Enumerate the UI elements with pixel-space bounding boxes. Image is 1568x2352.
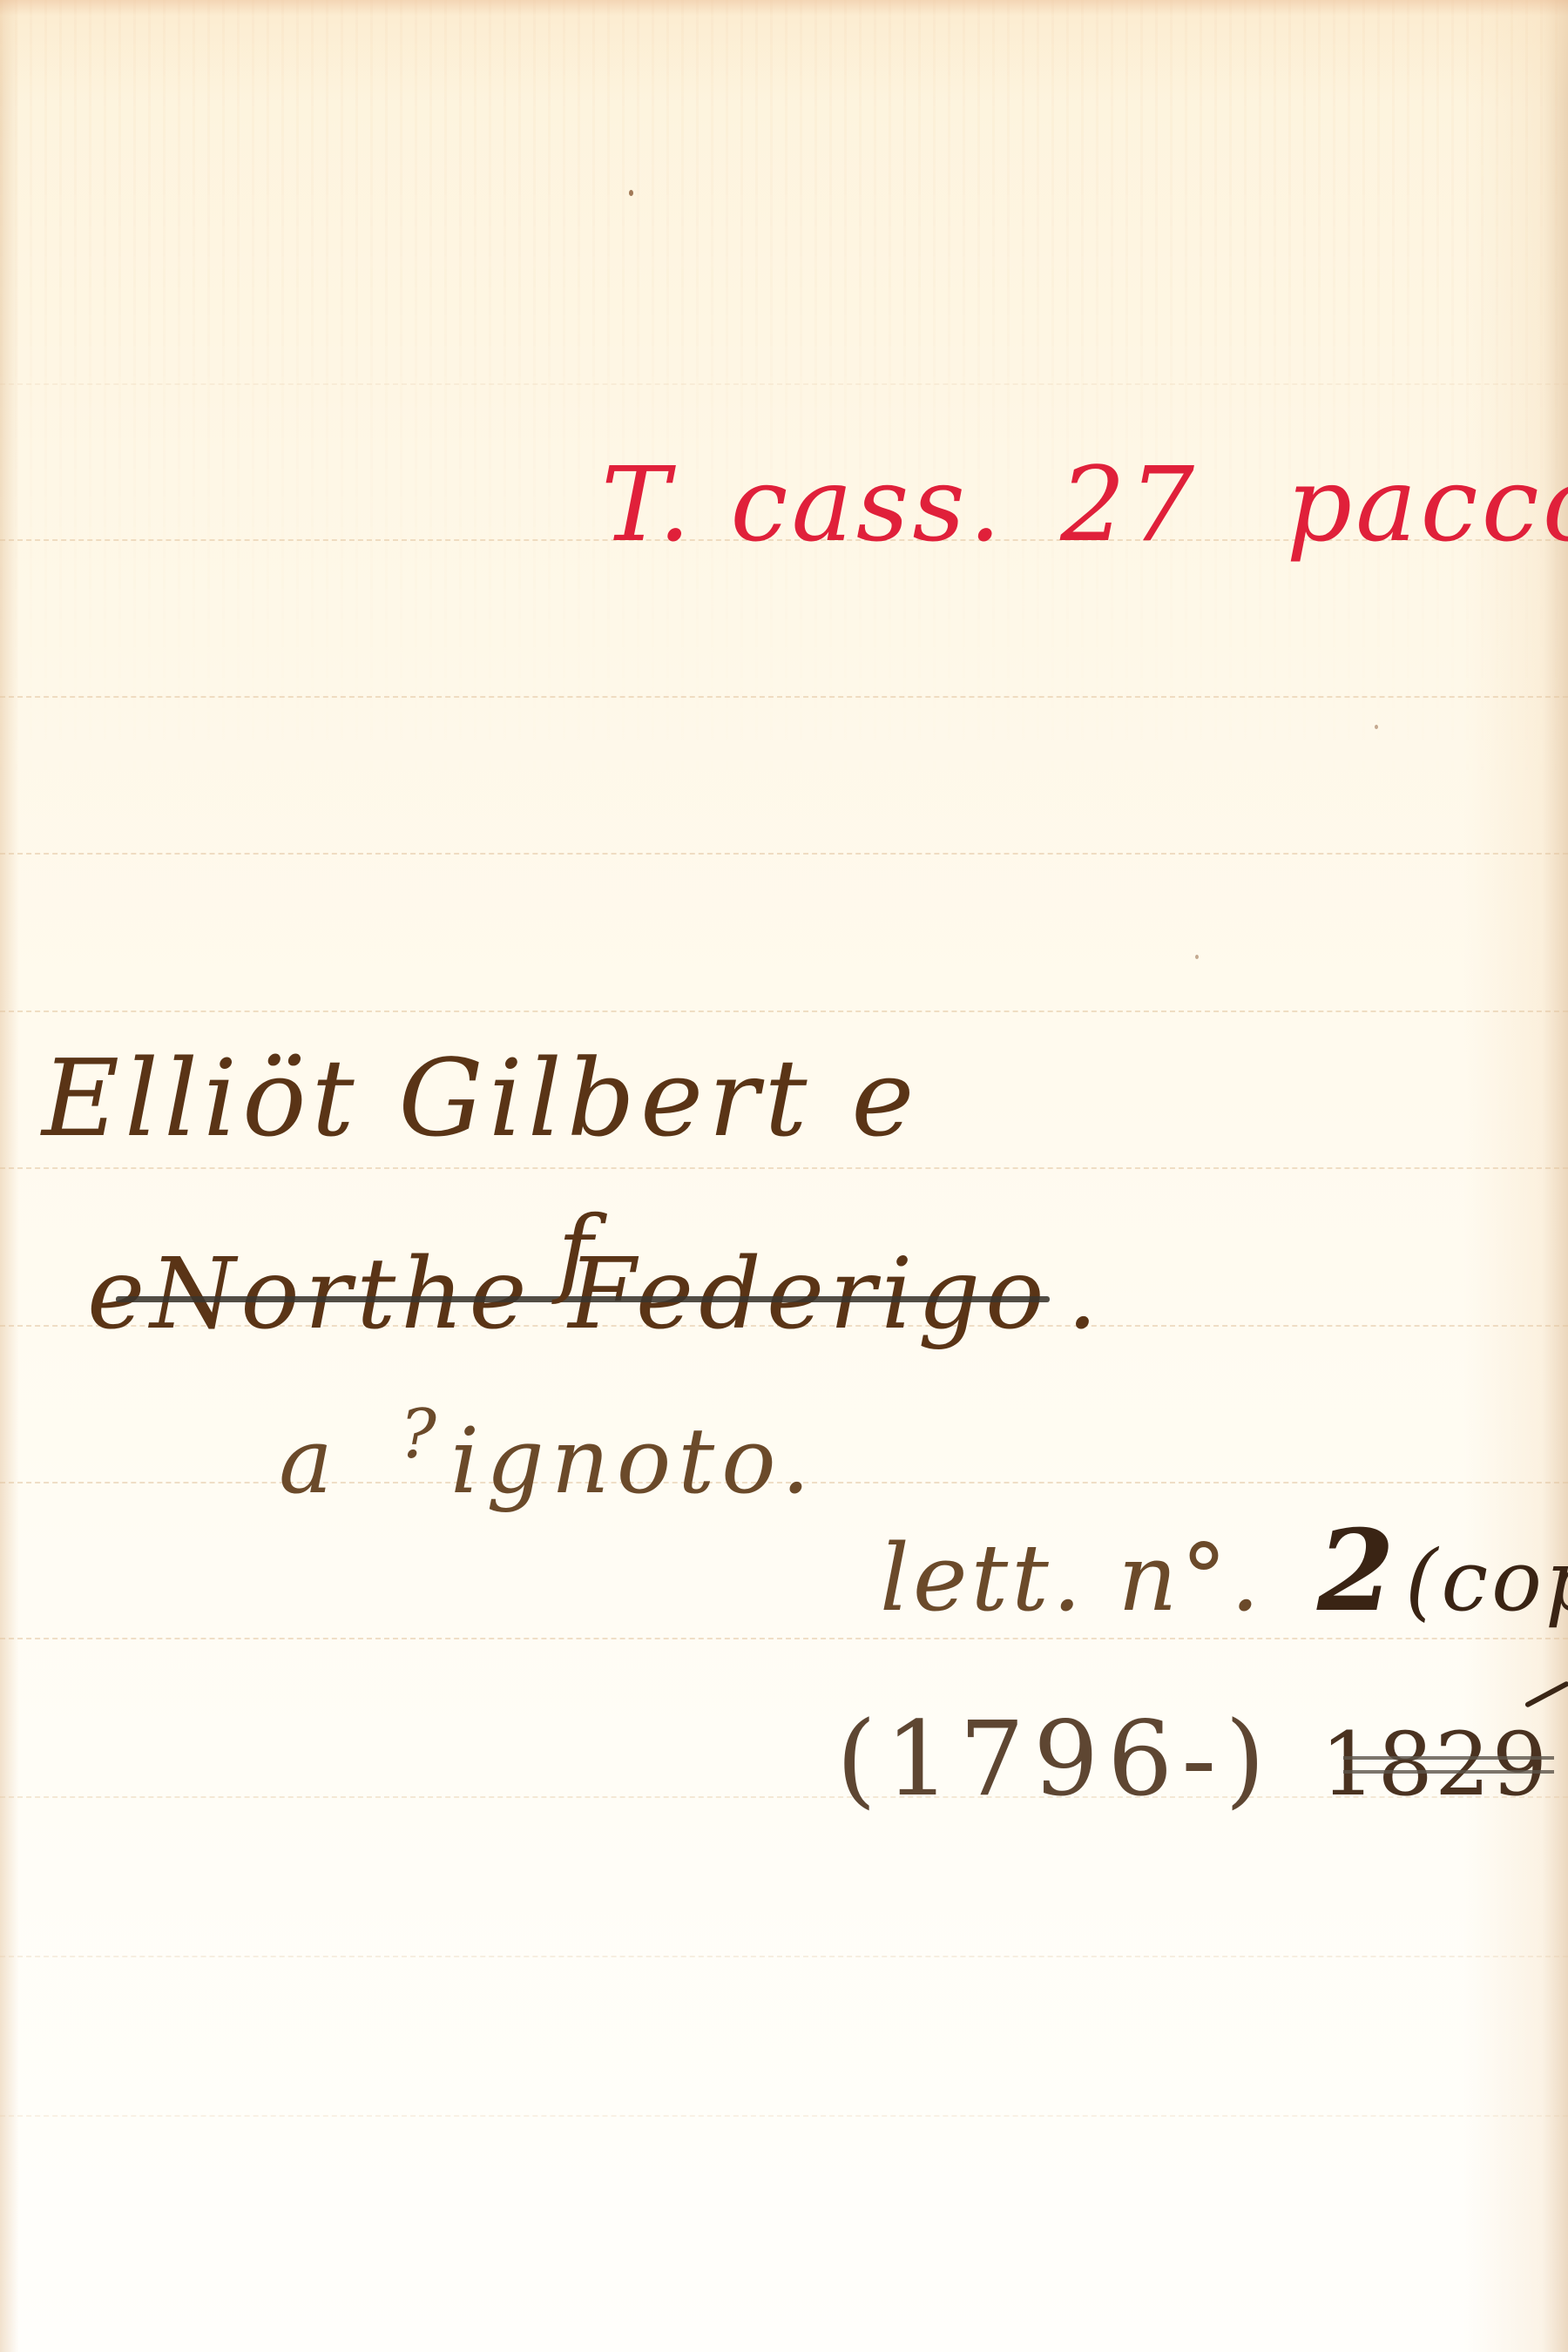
unknown-word: ignoto. [450, 1408, 817, 1514]
letter-reference-line: lett. n°. 2(copie [880, 1516, 1568, 1627]
rule-line [0, 2115, 1568, 2117]
rule-line [0, 853, 1568, 855]
dates-line: (1796-) 1829 [836, 1707, 1549, 1810]
letter-number: 2 [1317, 1506, 1398, 1637]
letter-note: (copie [1405, 1532, 1568, 1630]
dates-open: (1796-) [836, 1699, 1274, 1819]
dates-struck: 1829 [1321, 1721, 1550, 1808]
struck-line-period: . [1067, 1238, 1104, 1351]
paper-speck [1375, 725, 1378, 729]
rule-line [0, 1956, 1568, 1957]
shelfmark-prefix: T. cass. [601, 444, 1004, 564]
rule-line [0, 1167, 1568, 1169]
paper-speck [629, 190, 633, 196]
paper-texture [0, 0, 1568, 784]
rule-line [0, 1010, 1568, 1012]
rule-line [0, 383, 1568, 385]
paper-speck [1195, 955, 1199, 959]
entry-name-line: Elliöt Gilbert e [42, 1045, 920, 1152]
letter-label: lett. n°. [880, 1524, 1263, 1632]
rule-line [0, 696, 1568, 698]
entry-unknown-line: a ?ignoto. [279, 1416, 817, 1506]
entry-struck-line: eNorthe Federigo. [87, 1246, 1103, 1343]
shelfmark-line: T. cass. 27 pacco 76.8 [601, 453, 1568, 556]
shelfmark-packet-label: pacco [1287, 444, 1568, 564]
unknown-insert-mark: ? [400, 1396, 443, 1474]
index-card: T. cass. 27 pacco 76.8 Elliöt Gilbert e … [0, 0, 1568, 2352]
insertion-mark: f [558, 1195, 593, 1307]
shelfmark-box-number: 27 [1060, 444, 1198, 564]
rule-line [0, 1638, 1568, 1639]
unknown-prefix: a [279, 1408, 340, 1514]
ink-stroke-mark [1524, 1680, 1568, 1708]
